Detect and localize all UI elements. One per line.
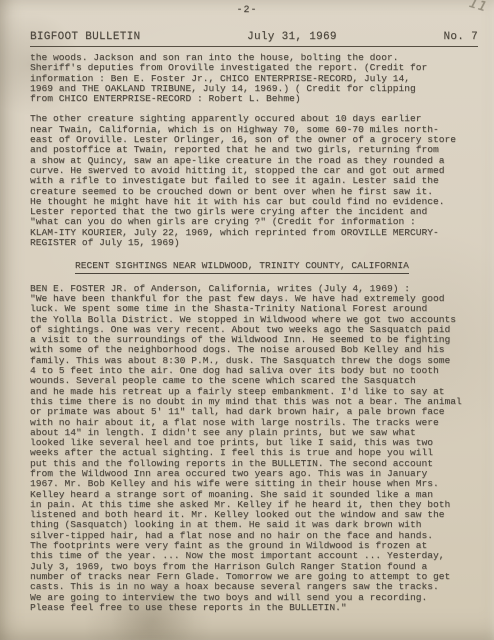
issue-number: No. 7: [443, 31, 478, 43]
scanned-page: -2- 11 BIGFOOT BULLETIN July 31, 1969 No…: [0, 0, 494, 640]
masthead: BIGFOOT BULLETIN July 31, 1969 No. 7: [30, 31, 478, 47]
section-heading: RECENT SIGHTINGS NEAR WILDWOOD, TRINITY …: [75, 261, 409, 273]
masthead-date: July 31, 1969: [247, 31, 337, 43]
paragraph-twain-sighting: The other creature sighting apparently o…: [30, 114, 482, 248]
page-body: the woods. Jackson and son ran into the …: [30, 53, 482, 613]
bulletin-title: BIGFOOT BULLETIN: [30, 31, 140, 43]
paragraph-jackson-report: the woods. Jackson and son ran into the …: [30, 53, 482, 104]
paragraph-foster-letter: BEN E. FOSTER JR. of Anderson, Californi…: [30, 284, 482, 614]
page-number: -2-: [0, 5, 494, 16]
